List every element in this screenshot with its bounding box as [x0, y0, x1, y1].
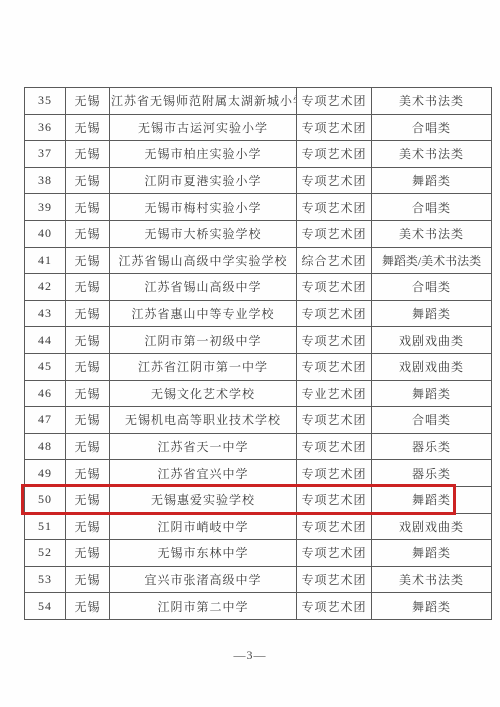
table-row: 51 无锡 江阴市峭岐中学 专项艺术团 戏剧戏曲类 — [25, 513, 492, 540]
table-row: 48 无锡 江苏省天一中学 专项艺术团 器乐类 — [25, 433, 492, 460]
cell-school: 江阴市夏港实验小学 — [110, 167, 297, 194]
cell-category: 美术书法类 — [372, 141, 492, 168]
table-row: 49 无锡 江苏省宜兴中学 专项艺术团 器乐类 — [25, 460, 492, 487]
cell-school: 江阴市第二中学 — [110, 593, 297, 620]
cell-school: 江苏省天一中学 — [110, 433, 297, 460]
cell-city: 无锡 — [66, 88, 110, 115]
cell-troupe: 专项艺术团 — [297, 141, 372, 168]
cell-school: 无锡惠爱实验学校 — [110, 486, 297, 513]
cell-city: 无锡 — [66, 194, 110, 221]
cell-no: 42 — [25, 274, 66, 301]
cell-no: 43 — [25, 300, 66, 327]
cell-city: 无锡 — [66, 593, 110, 620]
cell-city: 无锡 — [66, 566, 110, 593]
cell-category: 舞蹈类 — [372, 486, 492, 513]
page-footer: —3— — [0, 648, 500, 663]
cell-no: 48 — [25, 433, 66, 460]
cell-category: 戏剧戏曲类 — [372, 353, 492, 380]
cell-troupe: 专项艺术团 — [297, 220, 372, 247]
cell-category: 戏剧戏曲类 — [372, 513, 492, 540]
cell-category: 美术书法类 — [372, 220, 492, 247]
document-page: 35 无锡 江苏省无锡师范附属太湖新城小学 专项艺术团 美术书法类 36 无锡 … — [0, 0, 500, 707]
table-row: 54 无锡 江阴市第二中学 专项艺术团 舞蹈类 — [25, 593, 492, 620]
cell-no: 38 — [25, 167, 66, 194]
cell-school: 江苏省宜兴中学 — [110, 460, 297, 487]
cell-school: 无锡机电高等职业技术学校 — [110, 407, 297, 434]
cell-troupe: 专项艺术团 — [297, 566, 372, 593]
cell-city: 无锡 — [66, 513, 110, 540]
cell-city: 无锡 — [66, 407, 110, 434]
cell-category: 舞蹈类 — [372, 540, 492, 567]
cell-no: 52 — [25, 540, 66, 567]
cell-troupe: 专项艺术团 — [297, 327, 372, 354]
cell-troupe: 专项艺术团 — [297, 486, 372, 513]
cell-no: 40 — [25, 220, 66, 247]
table-row: 47 无锡 无锡机电高等职业技术学校 专项艺术团 合唱类 — [25, 407, 492, 434]
table-row: 37 无锡 无锡市柏庄实验小学 专项艺术团 美术书法类 — [25, 141, 492, 168]
table-row: 52 无锡 无锡市东林中学 专项艺术团 舞蹈类 — [25, 540, 492, 567]
table-row: 38 无锡 江阴市夏港实验小学 专项艺术团 舞蹈类 — [25, 167, 492, 194]
table-row: 36 无锡 无锡市古运河实验小学 专项艺术团 合唱类 — [25, 114, 492, 141]
cell-no: 49 — [25, 460, 66, 487]
table-row: 53 无锡 宜兴市张渚高级中学 专项艺术团 美术书法类 — [25, 566, 492, 593]
cell-troupe: 专项艺术团 — [297, 407, 372, 434]
cell-no: 35 — [25, 88, 66, 115]
cell-city: 无锡 — [66, 460, 110, 487]
cell-category: 器乐类 — [372, 460, 492, 487]
cell-troupe: 专项艺术团 — [297, 433, 372, 460]
cell-city: 无锡 — [66, 167, 110, 194]
cell-category: 美术书法类 — [372, 88, 492, 115]
cell-school: 无锡市东林中学 — [110, 540, 297, 567]
cell-city: 无锡 — [66, 433, 110, 460]
table-row: 42 无锡 江苏省锡山高级中学 专项艺术团 合唱类 — [25, 274, 492, 301]
cell-troupe: 专项艺术团 — [297, 114, 372, 141]
cell-school: 无锡市柏庄实验小学 — [110, 141, 297, 168]
cell-troupe: 专项艺术团 — [297, 167, 372, 194]
cell-no: 50 — [25, 486, 66, 513]
cell-city: 无锡 — [66, 274, 110, 301]
cell-no: 44 — [25, 327, 66, 354]
cell-school: 江苏省江阴市第一中学 — [110, 353, 297, 380]
cell-category: 舞蹈类 — [372, 380, 492, 407]
cell-category: 合唱类 — [372, 407, 492, 434]
cell-school: 宜兴市张渚高级中学 — [110, 566, 297, 593]
table-row: 39 无锡 无锡市梅村实验小学 专项艺术团 合唱类 — [25, 194, 492, 221]
table-row: 46 无锡 无锡文化艺术学校 专业艺术团 舞蹈类 — [25, 380, 492, 407]
cell-city: 无锡 — [66, 353, 110, 380]
cell-city: 无锡 — [66, 141, 110, 168]
cell-no: 53 — [25, 566, 66, 593]
cell-troupe: 专业艺术团 — [297, 380, 372, 407]
page-number: —3— — [234, 648, 267, 662]
cell-city: 无锡 — [66, 380, 110, 407]
cell-troupe: 专项艺术团 — [297, 460, 372, 487]
cell-category: 戏剧戏曲类 — [372, 327, 492, 354]
cell-school: 江苏省惠山中等专业学校 — [110, 300, 297, 327]
cell-troupe: 专项艺术团 — [297, 513, 372, 540]
cell-troupe: 专项艺术团 — [297, 540, 372, 567]
cell-no: 45 — [25, 353, 66, 380]
cell-no: 41 — [25, 247, 66, 274]
cell-school: 无锡文化艺术学校 — [110, 380, 297, 407]
cell-category: 合唱类 — [372, 274, 492, 301]
cell-city: 无锡 — [66, 300, 110, 327]
cell-category: 美术书法类 — [372, 566, 492, 593]
cell-city: 无锡 — [66, 540, 110, 567]
cell-category: 舞蹈类 — [372, 593, 492, 620]
cell-school: 无锡市梅村实验小学 — [110, 194, 297, 221]
cell-school: 江阴市峭岐中学 — [110, 513, 297, 540]
table-row: 45 无锡 江苏省江阴市第一中学 专项艺术团 戏剧戏曲类 — [25, 353, 492, 380]
cell-city: 无锡 — [66, 114, 110, 141]
cell-troupe: 综合艺术团 — [297, 247, 372, 274]
table-row: 50 无锡 无锡惠爱实验学校 专项艺术团 舞蹈类 — [25, 486, 492, 513]
table-row: 41 无锡 江苏省锡山高级中学实验学校 综合艺术团 舞蹈类/美术书法类 — [25, 247, 492, 274]
cell-school: 江苏省无锡师范附属太湖新城小学 — [110, 88, 297, 115]
cell-school: 江苏省锡山高级中学实验学校 — [110, 247, 297, 274]
table-row: 35 无锡 江苏省无锡师范附属太湖新城小学 专项艺术团 美术书法类 — [25, 88, 492, 115]
school-table: 35 无锡 江苏省无锡师范附属太湖新城小学 专项艺术团 美术书法类 36 无锡 … — [24, 87, 492, 620]
cell-school: 无锡市大桥实验学校 — [110, 220, 297, 247]
cell-troupe: 专项艺术团 — [297, 353, 372, 380]
cell-city: 无锡 — [66, 327, 110, 354]
cell-category: 器乐类 — [372, 433, 492, 460]
school-table-body: 35 无锡 江苏省无锡师范附属太湖新城小学 专项艺术团 美术书法类 36 无锡 … — [25, 88, 492, 620]
cell-troupe: 专项艺术团 — [297, 593, 372, 620]
cell-no: 39 — [25, 194, 66, 221]
cell-city: 无锡 — [66, 220, 110, 247]
cell-troupe: 专项艺术团 — [297, 88, 372, 115]
table-row: 43 无锡 江苏省惠山中等专业学校 专项艺术团 舞蹈类 — [25, 300, 492, 327]
cell-category: 舞蹈类 — [372, 300, 492, 327]
cell-school: 江苏省锡山高级中学 — [110, 274, 297, 301]
cell-category: 合唱类 — [372, 114, 492, 141]
cell-troupe: 专项艺术团 — [297, 194, 372, 221]
cell-no: 46 — [25, 380, 66, 407]
cell-school: 江阴市第一初级中学 — [110, 327, 297, 354]
cell-category: 舞蹈类 — [372, 167, 492, 194]
cell-no: 51 — [25, 513, 66, 540]
cell-city: 无锡 — [66, 247, 110, 274]
cell-no: 36 — [25, 114, 66, 141]
cell-no: 54 — [25, 593, 66, 620]
table-row: 40 无锡 无锡市大桥实验学校 专项艺术团 美术书法类 — [25, 220, 492, 247]
cell-category: 合唱类 — [372, 194, 492, 221]
table-row: 44 无锡 江阴市第一初级中学 专项艺术团 戏剧戏曲类 — [25, 327, 492, 354]
cell-troupe: 专项艺术团 — [297, 300, 372, 327]
cell-school: 无锡市古运河实验小学 — [110, 114, 297, 141]
cell-no: 47 — [25, 407, 66, 434]
cell-category: 舞蹈类/美术书法类 — [372, 247, 492, 274]
cell-troupe: 专项艺术团 — [297, 274, 372, 301]
cell-city: 无锡 — [66, 486, 110, 513]
cell-no: 37 — [25, 141, 66, 168]
